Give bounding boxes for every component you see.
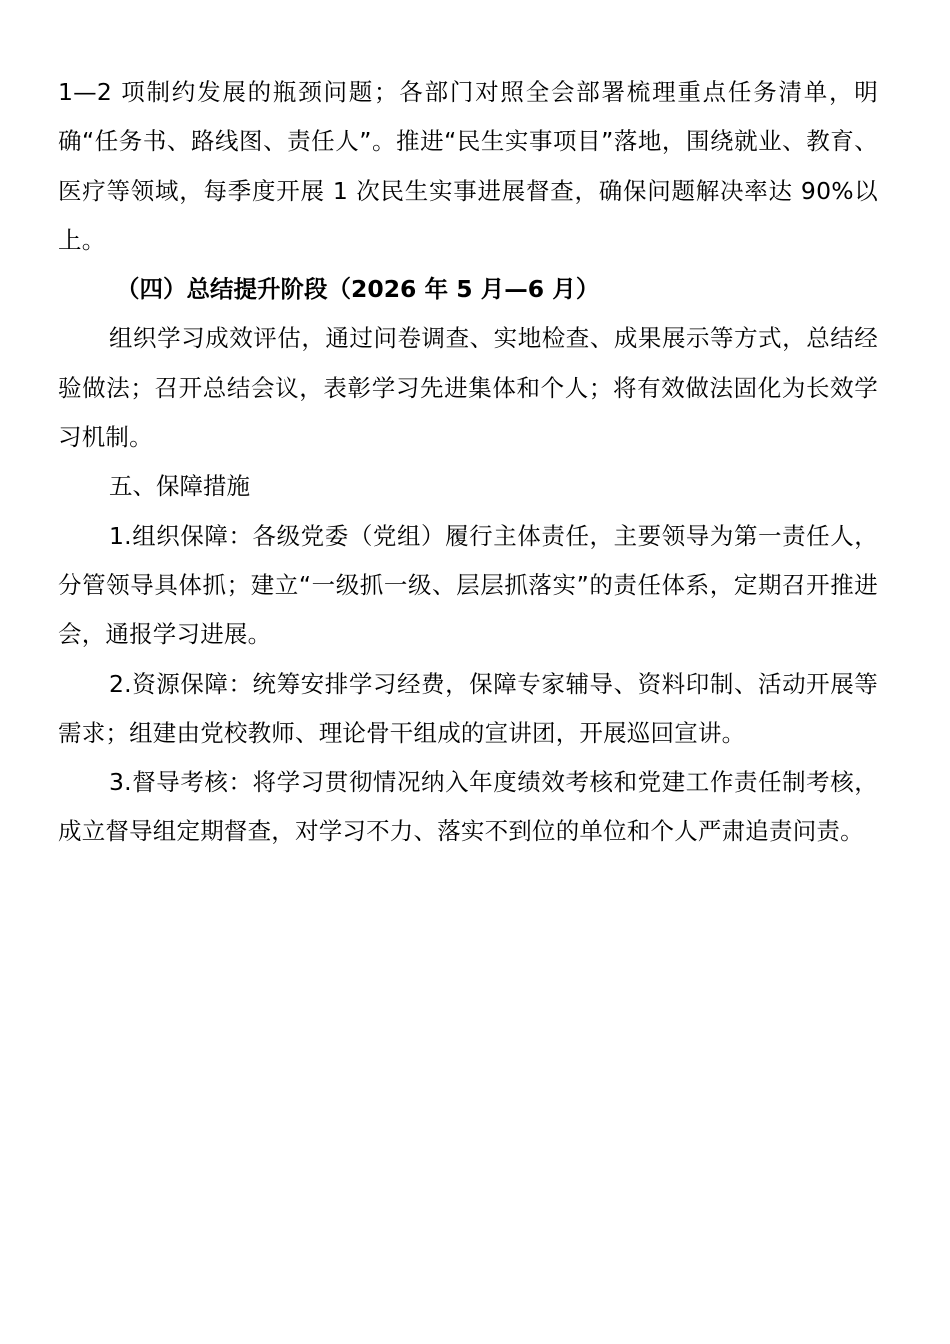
paragraph-summary-stage: 组织学习成效评估，通过问卷调查、实地检查、成果展示等方式，总结经验做法；召开总结… — [58, 314, 878, 462]
document-page: 1—2 项制约发展的瓶颈问题；各部门对照全会部署梳理重点任务清单，明确“任务书、… — [58, 68, 878, 857]
paragraph-organizational-guarantee: 1.组织保障：各级党委（党组）履行主体责任，主要领导为第一责任人，分管领导具体抓… — [58, 512, 878, 660]
paragraph-task-list: 1—2 项制约发展的瓶颈问题；各部门对照全会部署梳理重点任务清单，明确“任务书、… — [58, 68, 878, 265]
paragraph-resource-guarantee: 2.资源保障：统筹安排学习经费，保障专家辅导、资料印制、活动开展等需求；组建由党… — [58, 660, 878, 759]
section-heading-safeguards: 五、保障措施 — [58, 462, 878, 511]
section-heading-summary-stage: （四）总结提升阶段（2026 年 5 月—6 月） — [58, 265, 878, 314]
paragraph-supervision-assessment: 3.督导考核：将学习贯彻情况纳入年度绩效考核和党建工作责任制考核，成立督导组定期… — [58, 758, 878, 857]
